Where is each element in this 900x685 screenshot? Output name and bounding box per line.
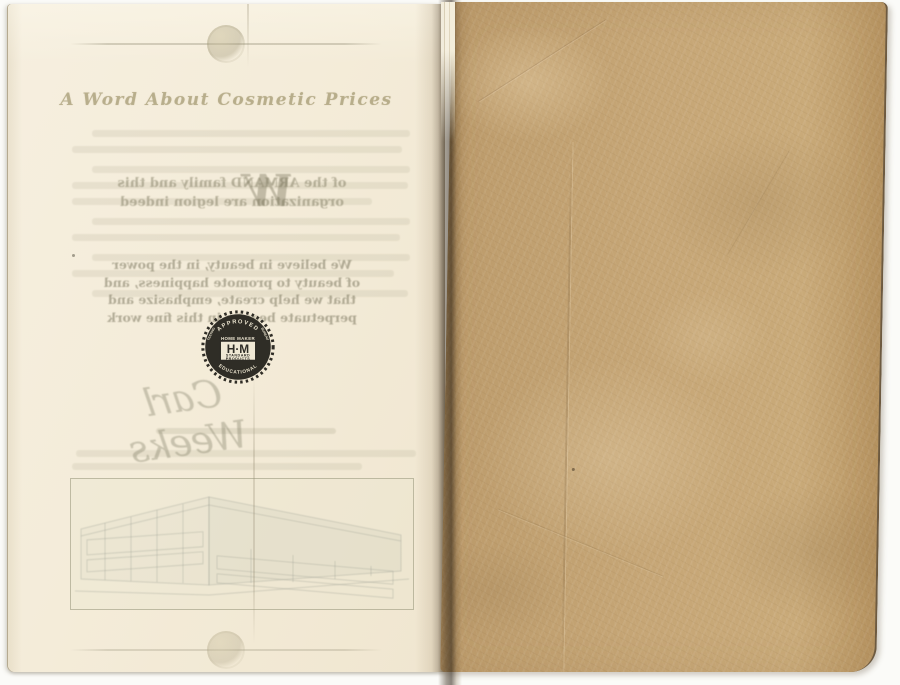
- paper-speck: [72, 254, 75, 257]
- ornament-medallion-icon: [207, 631, 245, 669]
- right-page-cover: [440, 2, 888, 672]
- showthrough-line: of beauty to promote happiness, and: [22, 274, 442, 292]
- paper-speck: [572, 468, 575, 471]
- seal-icon: APPROVED EDUCATIONAL TESTING BUREAU HOME…: [200, 309, 276, 385]
- page-title: A Word About Cosmetic Prices: [8, 90, 445, 110]
- faint-text-line: [92, 218, 410, 225]
- faint-text-line: [72, 146, 402, 153]
- seal-box-header: HOME MAKER: [221, 336, 256, 341]
- showthrough-line: of the ARMAND family and this: [22, 174, 442, 193]
- factory-building-icon: [71, 479, 413, 609]
- top-ornament-rule: [70, 24, 382, 64]
- showthrough-line: We believe in beauty, in the power: [22, 256, 442, 274]
- showthrough-line: organization are legion indeed: [22, 193, 442, 212]
- cover-crease: [561, 142, 572, 672]
- factory-illustration: [70, 478, 414, 610]
- seal-box-line2: PRODUCTS: [226, 357, 251, 361]
- showthrough-line: that we help create, emphasize and: [22, 291, 442, 309]
- cover-crease: [478, 19, 606, 102]
- showthrough-upper-block: of the ARMAND family and thisorganizatio…: [22, 174, 442, 212]
- ornament-medallion-icon: [207, 25, 245, 63]
- page-edges-strip: [441, 2, 455, 142]
- left-page: A Word About Cosmetic Prices W of the AR…: [8, 4, 445, 672]
- cover-crease: [727, 150, 790, 254]
- faint-text-line: [92, 130, 410, 137]
- faint-text-line: [72, 234, 400, 241]
- cover-crease: [498, 508, 664, 576]
- bottom-ornament-rule: [70, 630, 382, 670]
- scanned-booklet-spread: A Word About Cosmetic Prices W of the AR…: [0, 0, 900, 685]
- approval-seal-stamp: APPROVED EDUCATIONAL TESTING BUREAU HOME…: [200, 309, 276, 385]
